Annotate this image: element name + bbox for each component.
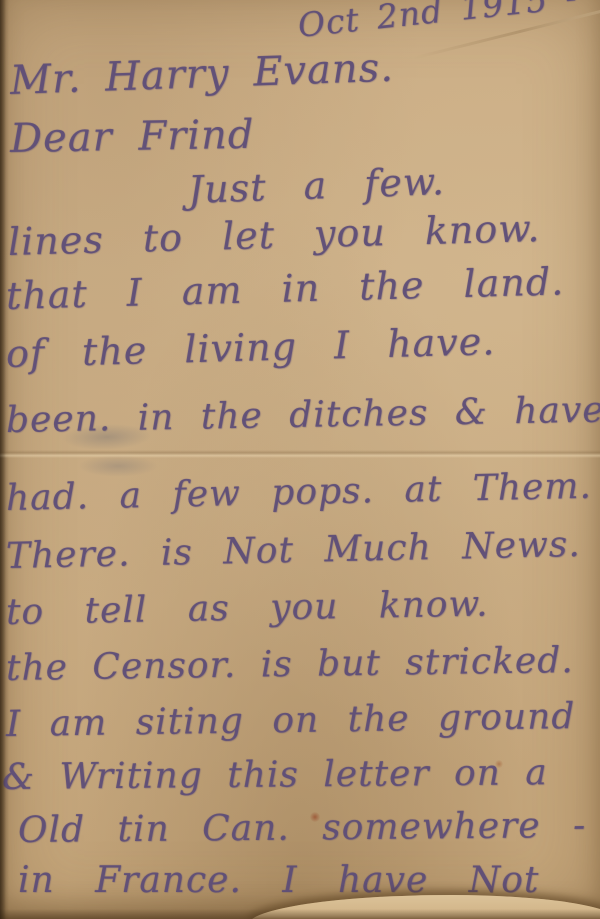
- letter-body-line: Just a few.: [187, 159, 445, 212]
- letter-body-line: & Writing this letter on a: [2, 752, 548, 798]
- letter-body-line: There. is Not Much News.: [6, 524, 582, 577]
- letter-body-line: lines to let you know.: [7, 206, 540, 264]
- letter-salutation: Dear Frind: [10, 112, 255, 162]
- letter-body-line: I am siting on the ground: [6, 696, 576, 745]
- letter-body-line: Old tin Can. somewhere -: [18, 805, 587, 851]
- letter-body-line: the Censor. is but stricked.: [6, 640, 574, 689]
- ink-smudge: [78, 455, 158, 477]
- handwritten-letter-page: Oct 2nd 1915 - Mr. Harry Evans. Dear Fri…: [0, 0, 600, 919]
- ink-smudge: [62, 422, 153, 451]
- letter-body-line: of the living I have.: [5, 319, 495, 376]
- bottom-edge-shadow: [0, 909, 600, 919]
- letter-body-line: to tell as you know.: [6, 584, 489, 633]
- letter-recipient: Mr. Harry Evans.: [9, 45, 394, 104]
- paper-stain: [495, 760, 503, 768]
- letter-date: Oct 2nd 1915 -: [296, 0, 579, 45]
- letter-body-line: that I am in the land.: [5, 259, 564, 318]
- paper-stain: [310, 812, 320, 822]
- left-edge-shadow: [0, 0, 6, 919]
